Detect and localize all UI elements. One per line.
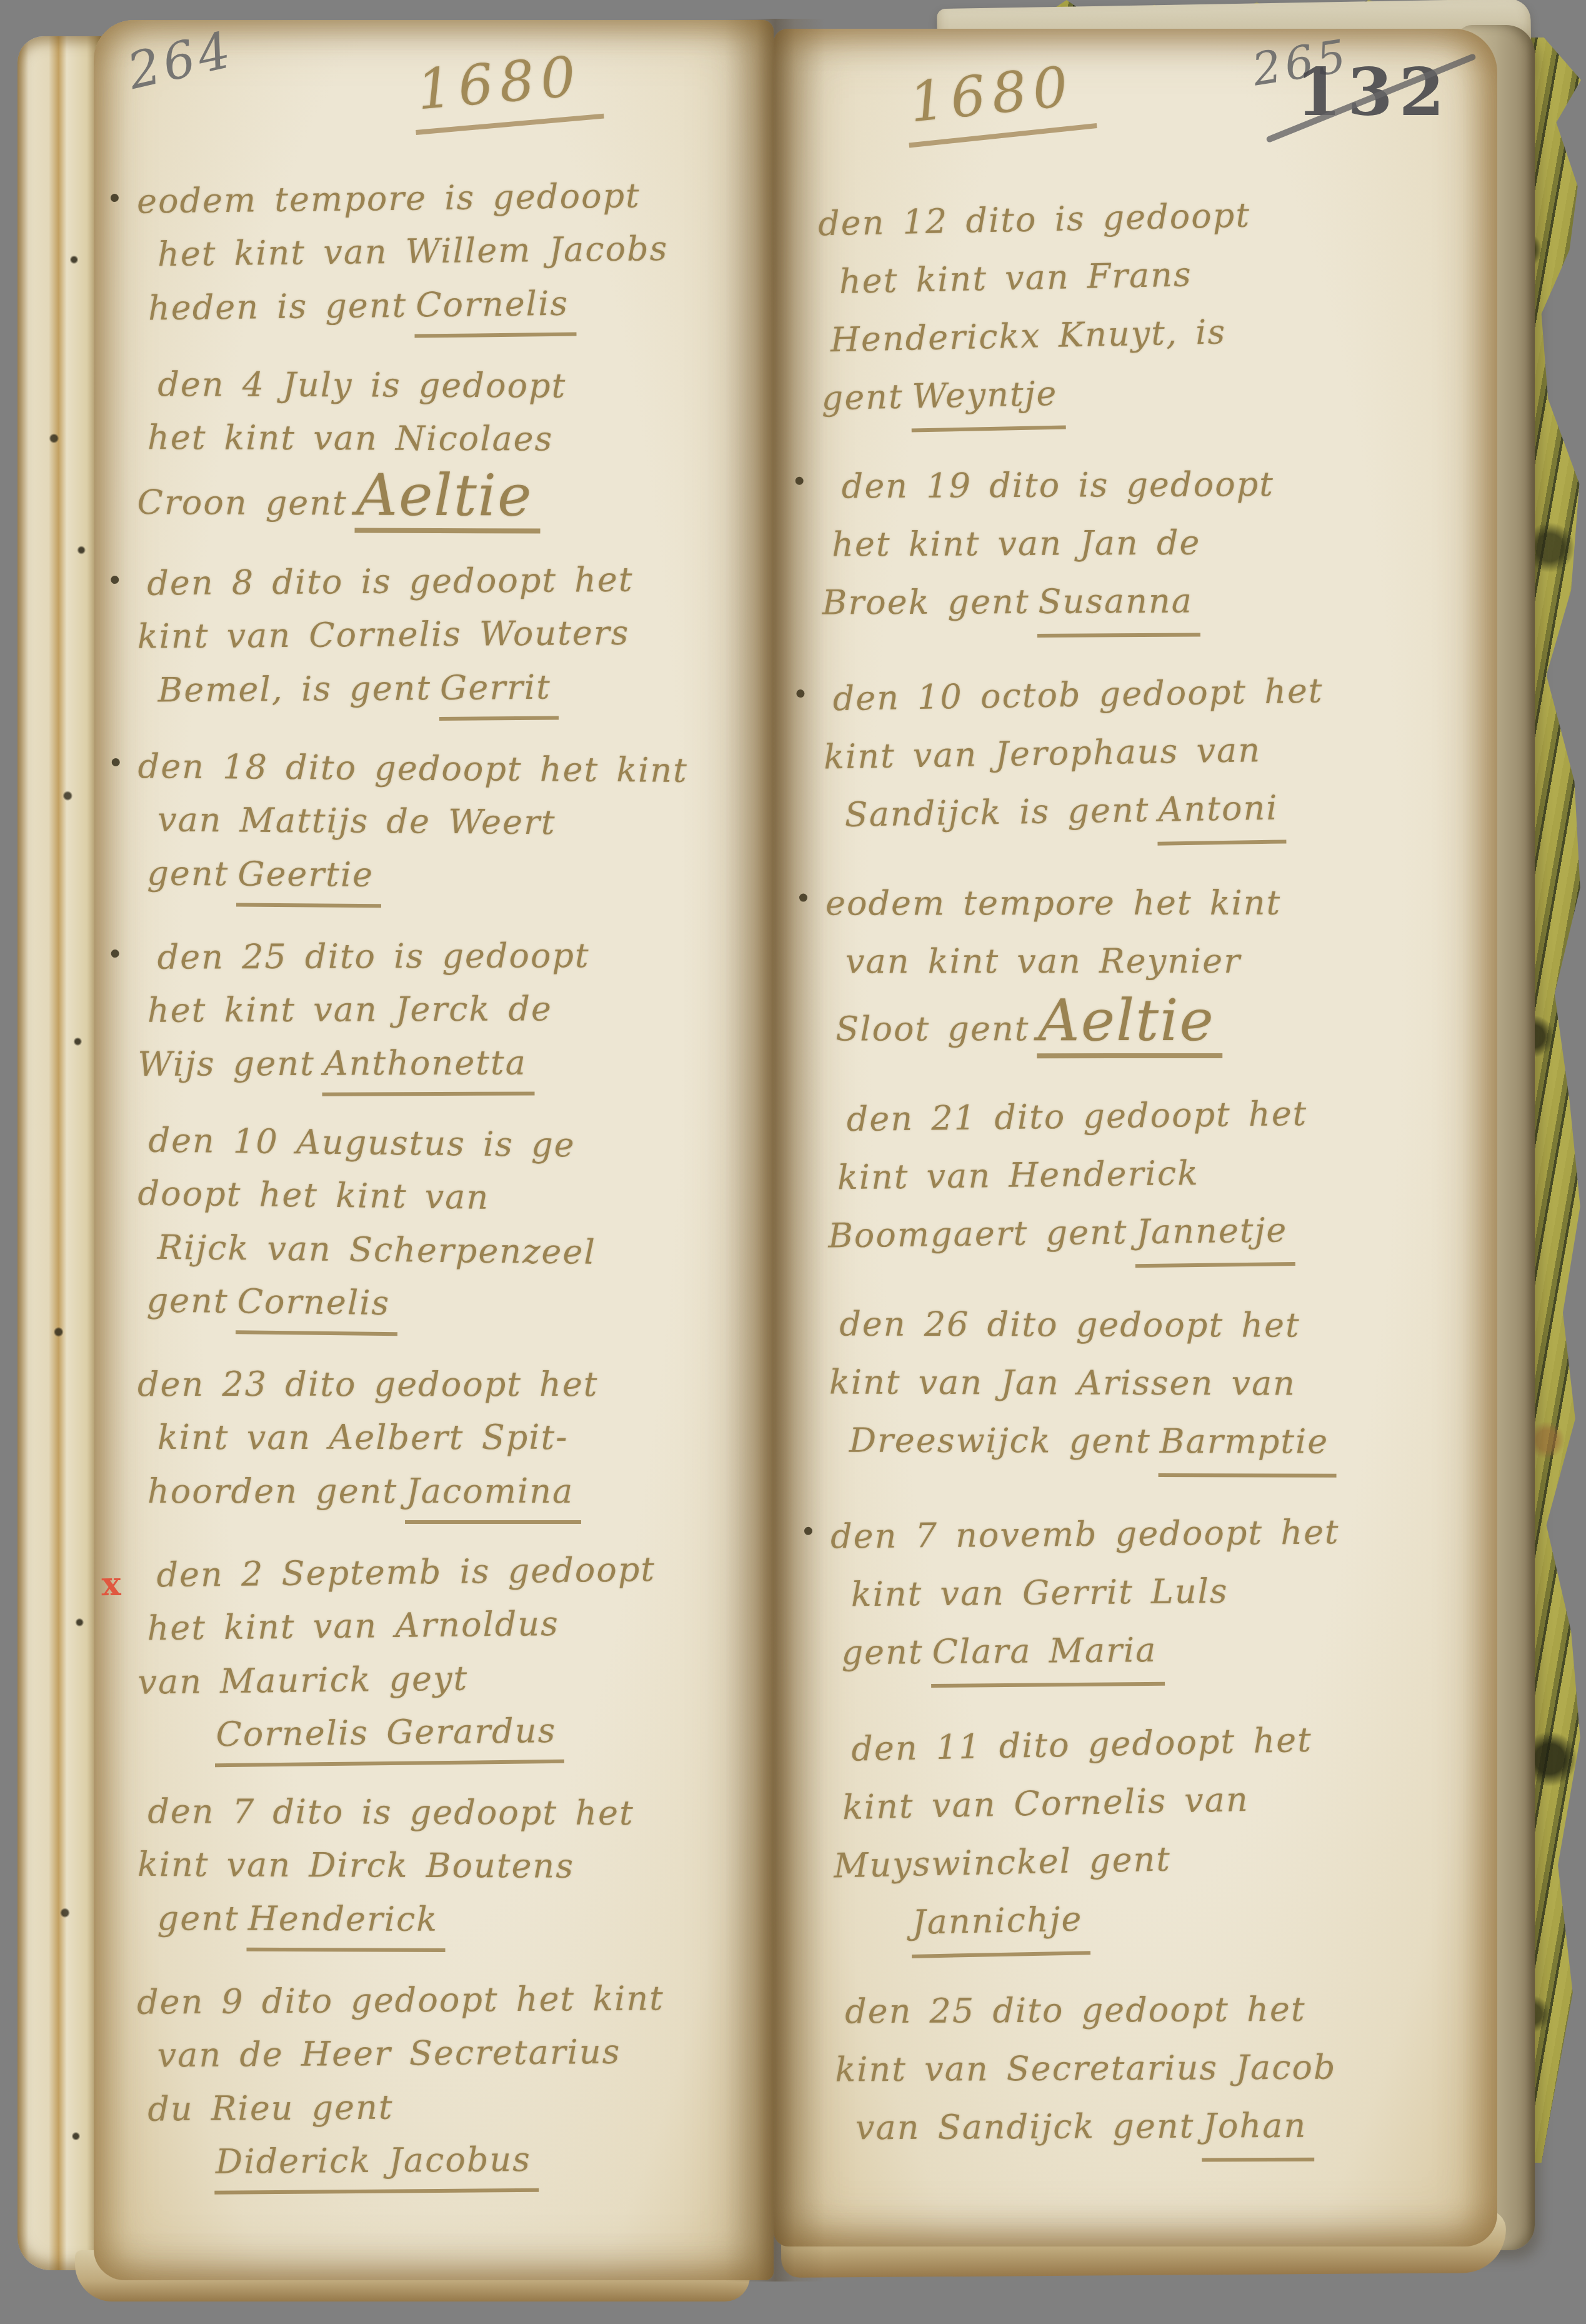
entry-line: den 4 July is gedoopt	[137, 358, 751, 413]
margin-ink-dot	[795, 476, 804, 484]
entry-line: den 18 dito gedoopt het kint	[137, 739, 752, 798]
entry-name-line: Diderick Jacobus	[138, 2131, 752, 2195]
margin-x-mark: x	[101, 1559, 122, 1611]
baptized-name: Clara Maria	[930, 1621, 1165, 1688]
margin-ink-dot	[796, 689, 804, 698]
entry-line: van Mattijs de Weert	[137, 793, 752, 851]
baptized-name: Barmptie	[1159, 1412, 1337, 1477]
entry-line: den 21 dito gedoopt het	[826, 1083, 1474, 1149]
entry-name-line: Cornelis Gerardus	[138, 1701, 752, 1768]
entry-line: Sandijck is gentAntoni	[824, 776, 1473, 851]
entry-line: den 23 dito gedoopt het	[137, 1358, 751, 1411]
entry-line: kint van Cornelis Wouters	[137, 605, 752, 663]
baptism-entry: den 8 dito is gedoopt hetkint van Cornel…	[137, 552, 752, 723]
entry-line: gentCornelis	[136, 1273, 751, 1340]
entry-line: het kint van Arnoldus	[137, 1595, 751, 1656]
baptism-entry: den 25 dito gedoopt hetkint van Secretar…	[835, 1980, 1483, 2164]
baptism-entry: den 7 dito is gedoopt hetkint van Dirck …	[137, 1785, 751, 1953]
entry-line: het kint van Jerck de	[137, 981, 751, 1037]
entry-line: den 19 dito is gedoopt	[822, 454, 1469, 516]
entry-line: gentClara Maria	[831, 1618, 1479, 1688]
baptized-name: Susanna	[1037, 572, 1200, 637]
margin-ink-dot	[111, 576, 119, 584]
entry-line: den 7 novemb gedoopt het	[830, 1503, 1479, 1566]
entry-line: van Sandijck gentJohan	[835, 2096, 1483, 2163]
entry-line: den 25 dito is gedoopt	[137, 928, 751, 984]
entry-line: den 26 dito gedoopt het	[829, 1295, 1477, 1355]
entry-line: Rijck van Scherpenzeel	[137, 1220, 751, 1281]
entry-line: kint van Jerophaus van	[823, 718, 1471, 787]
entry-line: den 10 Augustus is ge	[138, 1113, 752, 1174]
entry-line: den 10 octob gedoopt het	[822, 660, 1470, 729]
baptized-name: Anthonetta	[322, 1036, 534, 1096]
entry-line: hoorden gentJacomina	[137, 1465, 751, 1524]
baptism-entry: den 21 dito gedoopt hetkint van Henderic…	[826, 1083, 1476, 1271]
entry-line: van kint van Reynier	[825, 932, 1473, 991]
margin-ink-dot	[111, 949, 119, 958]
pencil-folio-number-left: 264	[122, 20, 239, 101]
year-heading-right: 1680	[901, 52, 1097, 148]
entry-line: eodem tempore het kint	[825, 874, 1473, 933]
baptized-name: Aeltie	[1037, 990, 1222, 1058]
entry-line: Boomgaert gentJannetje	[828, 1199, 1476, 1271]
baptism-entry: den 18 dito gedoopt het kintvan Mattijs …	[137, 739, 752, 910]
entry-line: het kint van Jan de	[822, 513, 1469, 574]
margin-ink-dot	[799, 893, 807, 901]
baptized-name: Gerrit	[439, 660, 559, 721]
entry-line: van de Heer Secretarius	[137, 2025, 751, 2083]
baptism-entries-right: den 12 dito is gedoopthet kint van Frans…	[819, 186, 1484, 2165]
baptized-name: Jannetje	[1135, 1201, 1295, 1268]
entry-line: kint van Dirck Boutens	[137, 1838, 751, 1894]
entry-line: Bemel, is gentGerrit	[137, 659, 752, 723]
entry-line: het kint van Nicolaes	[137, 411, 751, 466]
baptized-name: Cornelis	[236, 1275, 398, 1336]
entry-line: eodem tempore is gedoopt	[137, 168, 751, 228]
baptized-name: Cornelis Gerardus	[214, 1704, 564, 1768]
baptism-entry: den 9 dito gedoopt het kintvan de Heer S…	[137, 1971, 752, 2195]
entry-line: kint van Secretarius Jacob	[835, 2038, 1482, 2100]
baptized-name: Aeltie	[355, 465, 541, 534]
stamped-page-number: 132	[1296, 54, 1450, 131]
margin-ink-dot	[112, 758, 120, 766]
baptized-name: Cornelis	[414, 276, 577, 338]
entry-line: kint van Henderick	[827, 1141, 1475, 1207]
entry-line: den 9 dito gedoopt het kint	[137, 1971, 751, 2029]
baptism-entry: den 10 octob gedoopt hetkint van Jeropha…	[822, 660, 1473, 851]
entry-line: Dreeswijck gentBarmptie	[829, 1411, 1477, 1478]
photo-backdrop: 264 1680 eodem tempore is gedoopthet kin…	[0, 0, 1586, 2324]
right-page: 1680 265 132 den 12 dito is gedoopthet k…	[774, 29, 1497, 2246]
left-page: 264 1680 eodem tempore is gedoopthet kin…	[94, 20, 774, 2280]
entry-line: doopt het kint van	[137, 1166, 752, 1227]
baptism-entry: den 25 dito is gedoopthet kint van Jerck…	[137, 928, 751, 1097]
entry-line: du Rieu gent	[137, 2078, 752, 2136]
baptized-name: Geertie	[236, 847, 382, 908]
baptism-entry: den 26 dito gedoopt hetkint van Jan Aris…	[829, 1295, 1477, 1478]
baptism-entry: eodem tempore het kintvan kint van Reyni…	[825, 874, 1473, 1058]
baptism-entry: den 10 Augustus is gedoopt het kint vanR…	[136, 1113, 752, 1340]
baptized-name: Jannichje	[910, 1890, 1090, 1958]
baptism-entry: eodem tempore is gedoopthet kint van Wil…	[137, 168, 752, 341]
baptism-entry: den 12 dito is gedoopthet kint van Frans…	[817, 183, 1470, 434]
entry-line: den 25 dito gedoopt het	[835, 1980, 1482, 2041]
entry-line: gentHenderick	[137, 1891, 751, 1953]
entry-line: Broek gentSusanna	[822, 571, 1469, 638]
entry-line: kint van Jan Arissen van	[829, 1353, 1477, 1413]
baptism-entry: den 4 July is gedoopthet kint van Nicola…	[137, 358, 751, 534]
baptism-entry: xden 2 Septemb is gedoopthet kint van Ar…	[136, 1541, 752, 1768]
baptism-entry: den 23 dito gedoopt hetkint van Aelbert …	[137, 1358, 751, 1524]
margin-ink-dot	[804, 1527, 812, 1535]
entry-name-line: Jannichje	[834, 1882, 1483, 1960]
entry-line: den 8 dito is gedoopt het	[137, 552, 751, 610]
baptized-name: Henderick	[247, 1892, 446, 1953]
baptism-entries-left: eodem tempore is gedoopthet kint van Wil…	[137, 171, 751, 2193]
baptized-name: Jacomina	[405, 1465, 581, 1524]
baptized-name: Antoni	[1157, 779, 1287, 845]
baptized-name: Diderick Jacobus	[214, 2133, 539, 2195]
entry-line: heden is gentCornelis	[137, 274, 752, 341]
entry-line: den 7 dito is gedoopt het	[137, 1785, 751, 1840]
entry-line: Wijs gentAnthonetta	[137, 1035, 751, 1097]
entry-line: kint van Gerrit Luls	[830, 1560, 1479, 1624]
baptized-name: Weyntje	[910, 364, 1066, 432]
entry-line: het kint van Willem Jacobs	[137, 221, 751, 282]
entry-line: gentWeyntje	[821, 356, 1470, 434]
entry-line: kint van Aelbert Spit-	[137, 1411, 751, 1464]
entry-line: den 2 Septemb is gedoopt	[136, 1541, 751, 1602]
baptism-entry: den 11 dito gedoopt hetkint van Cornelis…	[830, 1708, 1483, 1959]
baptized-name: Johan	[1202, 2097, 1314, 2162]
entry-line: Croon gentAeltie	[137, 464, 751, 534]
margin-ink-dot	[111, 194, 119, 202]
baptism-entry: den 19 dito is gedoopthet kint van Jan d…	[822, 454, 1470, 638]
baptism-entry: den 7 novemb gedoopt hetkint van Gerrit …	[830, 1503, 1479, 1689]
year-heading-left: 1680	[409, 42, 604, 135]
entry-line: van Maurick geyt	[137, 1648, 752, 1709]
entry-line: Sloot gentAeltie	[825, 990, 1473, 1058]
entry-line: gentGeertie	[137, 846, 751, 911]
